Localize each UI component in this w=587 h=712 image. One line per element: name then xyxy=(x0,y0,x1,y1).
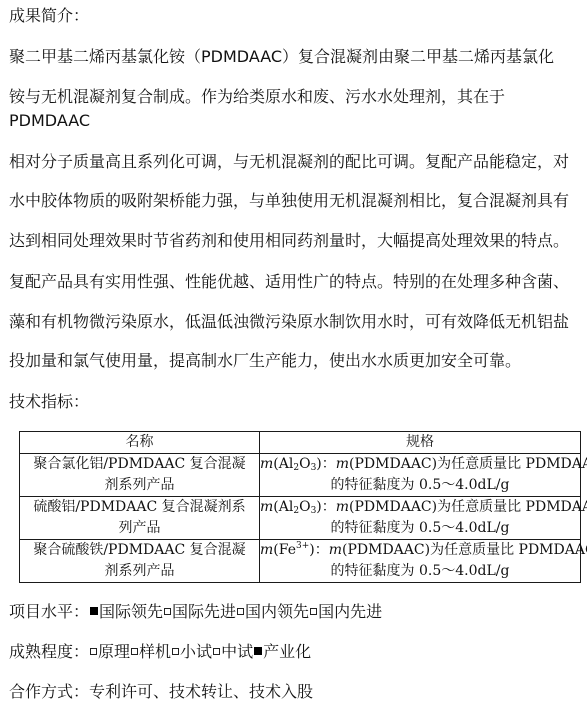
spec-viscosity-line: 的特征黏度为 0.5～4.0dL/g xyxy=(260,518,580,539)
table-header-row: 名称 规格 xyxy=(20,432,581,454)
checkbox-icon xyxy=(131,648,138,655)
maturity-label: 成熟程度： xyxy=(9,642,89,661)
spec-viscosity-line: 的特征黏度为 0.5～4.0dL/g xyxy=(260,475,580,496)
mass-symbol: m xyxy=(329,542,342,558)
maturity-row: 成熟程度：原理样机小试中试产业化 xyxy=(9,642,311,662)
formula-text: )： xyxy=(309,542,328,558)
option-label: 产业化 xyxy=(263,642,311,661)
option-label: 样机 xyxy=(139,642,171,661)
option-principle: 原理 xyxy=(89,642,130,661)
mass-symbol: m xyxy=(260,456,273,472)
option-international-advanced: 国际先进 xyxy=(163,602,236,621)
formula-text: )： xyxy=(316,456,335,472)
option-label: 国际先进 xyxy=(172,602,236,621)
intro-line: 铵与无机混凝剂复合制成。作为给类原水和废、污水水处理剂，其在于 xyxy=(9,87,505,107)
spec-cell: m(Al2O3)：m(PDMDAAC)为任意质量比 PDMDAAC 的特征黏度为… xyxy=(260,497,581,540)
spec-table: 名称 规格 聚合氯化铝/PDMDAAC 复合混凝 剂系列产品 m(Al2O3)：… xyxy=(19,431,581,583)
table-row: 聚合氯化铝/PDMDAAC 复合混凝 剂系列产品 m(Al2O3)：m(PDMD… xyxy=(20,454,581,497)
cooperation-value: 专利许可、技术转让、技术入股 xyxy=(89,682,313,701)
intro-line: 聚二甲基二烯丙基氯化铵（PDMDAAC）复合混凝剂由聚二甲基二烯丙基氯化 xyxy=(9,47,554,67)
checkbox-icon xyxy=(164,608,171,615)
option-prototype: 样机 xyxy=(130,642,171,661)
product-name-cell: 硫酸铝/PDMDAAC 复合混凝剂系 列产品 xyxy=(20,497,260,540)
product-name-line: 硫酸铝/PDMDAAC 复合混凝剂系 xyxy=(20,497,259,518)
column-header-name: 名称 xyxy=(20,432,260,454)
spec-formula-line: m(Fe3+)：m(PDMDAAC)为任意质量比 PDMDAAC xyxy=(260,540,580,561)
project-level-row: 项目水平：国际领先国际先进国内领先国内先进 xyxy=(9,602,382,622)
checkbox-icon xyxy=(90,648,97,655)
option-industrialization: 产业化 xyxy=(253,642,311,661)
option-domestic-advanced: 国内先进 xyxy=(309,602,382,621)
product-name-cell: 聚合硫酸铁/PDMDAAC 复合混凝 剂系列产品 xyxy=(20,540,260,583)
mass-symbol: m xyxy=(260,499,273,515)
option-label: 小试 xyxy=(180,642,212,661)
formula-text: (PDMDAAC)为任意质量比 PDMDAAC xyxy=(342,542,587,558)
spec-viscosity-line: 的特征黏度为 0.5～4.0dL/g xyxy=(260,561,580,582)
option-pilot-trial: 中试 xyxy=(212,642,253,661)
option-small-trial: 小试 xyxy=(171,642,212,661)
intro-line: 投加量和氯气使用量，提高制水厂生产能力，使出水水质更加安全可靠。 xyxy=(9,351,521,371)
spec-cell: m(Fe3+)：m(PDMDAAC)为任意质量比 PDMDAAC 的特征黏度为 … xyxy=(260,540,581,583)
option-label: 国内先进 xyxy=(318,602,382,621)
intro-line: 藻和有机物微污染原水，低温低浊微污染原水制饮用水时，可有效降低无机铝盐 xyxy=(9,312,569,332)
product-name-line: 列产品 xyxy=(20,518,259,539)
tech-indicators-heading: 技术指标： xyxy=(9,392,89,412)
formula-text: O xyxy=(299,456,310,472)
formula-text: )： xyxy=(316,499,335,515)
checkbox-icon xyxy=(310,608,317,615)
product-name-cell: 聚合氯化铝/PDMDAAC 复合混凝 剂系列产品 xyxy=(20,454,260,497)
formula-text: (PDMDAAC)为任意质量比 PDMDAAC xyxy=(349,456,587,472)
table-row: 聚合硫酸铁/PDMDAAC 复合混凝 剂系列产品 m(Fe3+)：m(PDMDA… xyxy=(20,540,581,583)
option-international-leading: 国际领先 xyxy=(89,602,163,621)
table-row: 硫酸铝/PDMDAAC 复合混凝剂系 列产品 m(Al2O3)：m(PDMDAA… xyxy=(20,497,581,540)
option-label: 国际领先 xyxy=(99,602,163,621)
option-domestic-leading: 国内领先 xyxy=(236,602,309,621)
spec-formula-line: m(Al2O3)：m(PDMDAAC)为任意质量比 PDMDAAC xyxy=(260,497,580,518)
intro-heading: 成果简介： xyxy=(9,6,89,26)
spec-cell: m(Al2O3)：m(PDMDAAC)为任意质量比 PDMDAAC 的特征黏度为… xyxy=(260,454,581,497)
column-header-spec: 规格 xyxy=(260,432,581,454)
product-name-line: 聚合硫酸铁/PDMDAAC 复合混凝 xyxy=(20,540,259,561)
intro-line: 达到相同处理效果时节省药剂和使用相同药剂量时，大幅提高处理效果的特点。 xyxy=(9,231,569,251)
spec-formula-line: m(Al2O3)：m(PDMDAAC)为任意质量比 PDMDAAC xyxy=(260,454,580,475)
option-label: 国内领先 xyxy=(245,602,309,621)
option-label: 中试 xyxy=(221,642,253,661)
formula-text: (PDMDAAC)为任意质量比 PDMDAAC xyxy=(349,499,587,515)
formula-text: (Al xyxy=(273,499,293,515)
mass-symbol: m xyxy=(336,499,349,515)
mass-symbol: m xyxy=(260,542,273,558)
intro-line: 复配产品具有实用性强、性能优越、适用性广的特点。特别的在处理多种含菌、 xyxy=(9,272,569,292)
product-name-line: 剂系列产品 xyxy=(20,561,259,582)
project-level-label: 项目水平： xyxy=(9,602,89,621)
formula-text: O xyxy=(299,499,310,515)
checkbox-icon xyxy=(254,647,262,655)
cooperation-row: 合作方式：专利许可、技术转让、技术入股 xyxy=(9,682,313,702)
checkbox-icon xyxy=(237,608,244,615)
intro-line: 相对分子质量高且系列化可调，与无机混凝剂的配比可调。复配产品能稳定，对 xyxy=(9,152,569,172)
intro-line: 水中胶体物质的吸附架桥能力强，与单独使用无机混凝剂相比，复合混凝剂具有 xyxy=(9,191,569,211)
product-name-line: 剂系列产品 xyxy=(20,475,259,496)
checkbox-icon xyxy=(172,648,179,655)
intro-line: PDMDAAC xyxy=(9,111,90,131)
option-label: 原理 xyxy=(98,642,130,661)
mass-symbol: m xyxy=(336,456,349,472)
formula-text: (Al xyxy=(273,456,293,472)
superscript: 3+ xyxy=(296,541,309,551)
checkbox-icon xyxy=(213,648,220,655)
product-name-line: 聚合氯化铝/PDMDAAC 复合混凝 xyxy=(20,454,259,475)
checkbox-icon xyxy=(90,607,98,615)
cooperation-label: 合作方式： xyxy=(9,682,89,701)
formula-text: (Fe xyxy=(273,542,296,558)
